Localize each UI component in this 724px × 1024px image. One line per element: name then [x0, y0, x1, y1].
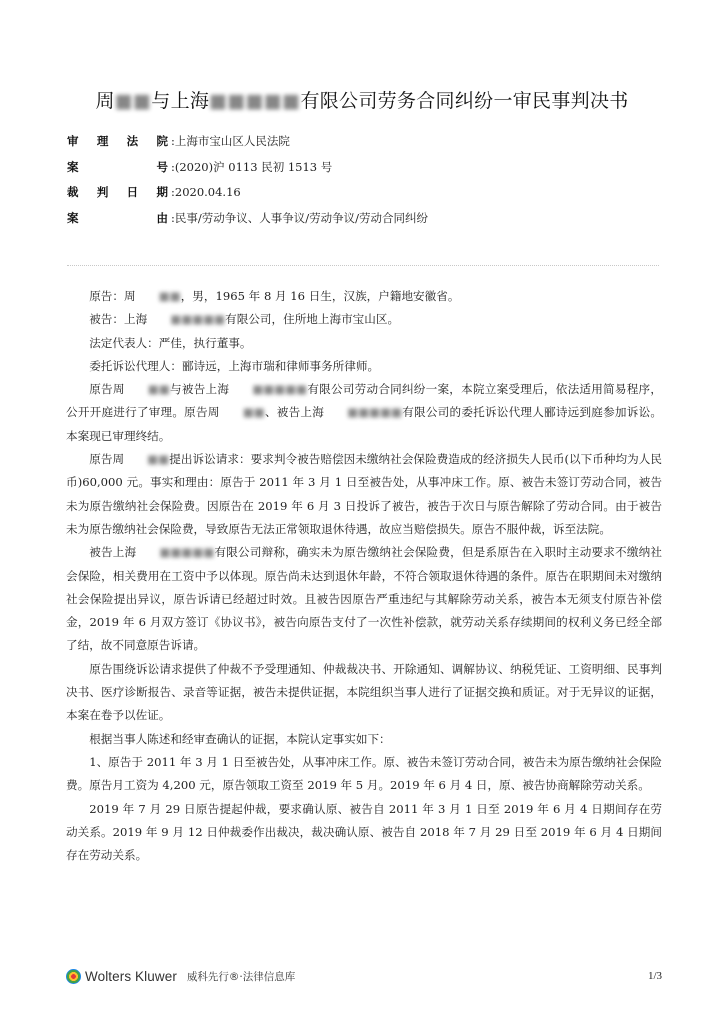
meta-label: 案 号 — [67, 159, 171, 175]
document-page: 周■■与上海■■■■■有限公司劳务合同纠纷一审民事判决书 审 理 法 院 : 上… — [0, 0, 724, 1024]
document-title: 周■■与上海■■■■■有限公司劳务合同纠纷一审民事判决书 — [0, 86, 724, 113]
paragraph-plaintiff-claims: 原告周■■提出诉讼请求：要求判令被告赔偿因未缴纳社会保险费造成的经济损失人民币(… — [66, 448, 662, 541]
brand-name-cn: 威科先行®·法律信息库 — [187, 969, 295, 984]
paragraph-defendant-argument: 被告上海■■■■■有限公司辩称，确实未为原告缴纳社会保险费，但是系原告在入职时主… — [66, 541, 662, 657]
court-value: 上海市宝山区人民法院 — [175, 133, 290, 149]
title-suffix: 有限公司劳务合同纠纷一审民事判决书 — [300, 90, 628, 112]
redacted-name: ■■ — [220, 401, 265, 424]
paragraph-defendant: 被告：上海■■■■■有限公司，住所地上海市宝山区。 — [66, 308, 662, 331]
meta-label: 案 由 — [67, 210, 171, 226]
meta-row-court: 审 理 法 院 : 上海市宝山区人民法院 — [67, 133, 667, 159]
redacted-company: ■■■■■ — [324, 401, 402, 424]
case-number-value: (2020)沪 0113 民初 1513 号 — [175, 159, 332, 175]
title-mid: 与上海 — [151, 90, 209, 112]
dotted-divider — [67, 265, 659, 266]
paragraph-agent: 委托诉讼代理人：郦诗远，上海市瑞和律师事务所律师。 — [66, 355, 662, 378]
redacted-company: ■■■■■ — [147, 308, 225, 331]
paragraph-legal-representative: 法定代表人：严佳，执行董事。 — [66, 332, 662, 355]
meta-label: 审 理 法 院 — [67, 133, 171, 149]
redacted-company: ■■■■■ — [229, 378, 307, 401]
paragraph-evidence: 原告围绕诉讼请求提供了仲裁不予受理通知、仲裁裁决书、开除通知、调解协议、纳税凭证… — [66, 658, 662, 728]
cause-value: 民事/劳动争议、人事争议/劳动争议/劳动合同纠纷 — [175, 210, 428, 226]
case-metadata: 审 理 法 院 : 上海市宝山区人民法院 案 号 : (2020)沪 0113 … — [67, 133, 667, 235]
meta-row-cause: 案 由 : 民事/劳动争议、人事争议/劳动争议/劳动合同纠纷 — [67, 210, 667, 236]
paragraph-plaintiff: 原告：周■■，男，1965 年 8 月 16 日生，汉族，户籍地安徽省。 — [66, 285, 662, 308]
title-prefix: 周 — [95, 90, 114, 112]
paragraph-findings-intro: 根据当事人陈述和经审查确认的证据，本院认定事实如下： — [66, 728, 662, 751]
wolters-kluwer-globe-icon — [66, 969, 81, 984]
page-footer: Wolters Kluwer 威科先行®·法律信息库 1/3 — [66, 966, 662, 986]
judgment-date-value: 2020.04.16 — [175, 185, 241, 199]
redacted-company: ■■■■■ — [136, 541, 214, 564]
redacted-name: ■■ — [124, 448, 169, 471]
meta-row-judgment-date: 裁 判 日 期 : 2020.04.16 — [67, 184, 667, 210]
redacted-name: ■■ — [136, 285, 181, 308]
redacted-company: ■■■■■ — [209, 90, 300, 112]
paragraph-finding-2: 2019 年 7 月 29 日原告提起仲裁，要求确认原、被告自 2011 年 3… — [66, 798, 662, 868]
brand-name: Wolters Kluwer — [85, 969, 177, 984]
paragraph-case-intro: 原告周■■与被告上海■■■■■有限公司劳动合同纠纷一案，本院立案受理后，依法适用… — [66, 378, 662, 448]
redacted-name: ■■ — [115, 90, 152, 112]
redacted-name: ■■ — [125, 378, 170, 401]
meta-label: 裁 判 日 期 — [67, 184, 171, 200]
meta-row-case-number: 案 号 : (2020)沪 0113 民初 1513 号 — [67, 159, 667, 185]
judgment-body: 原告：周■■，男，1965 年 8 月 16 日生，汉族，户籍地安徽省。 被告：… — [66, 285, 662, 867]
page-number: 1/3 — [648, 970, 662, 982]
paragraph-finding-1: 1、原告于 2011 年 3 月 1 日至被告处，从事冲床工作。原、被告未签订劳… — [66, 751, 662, 798]
